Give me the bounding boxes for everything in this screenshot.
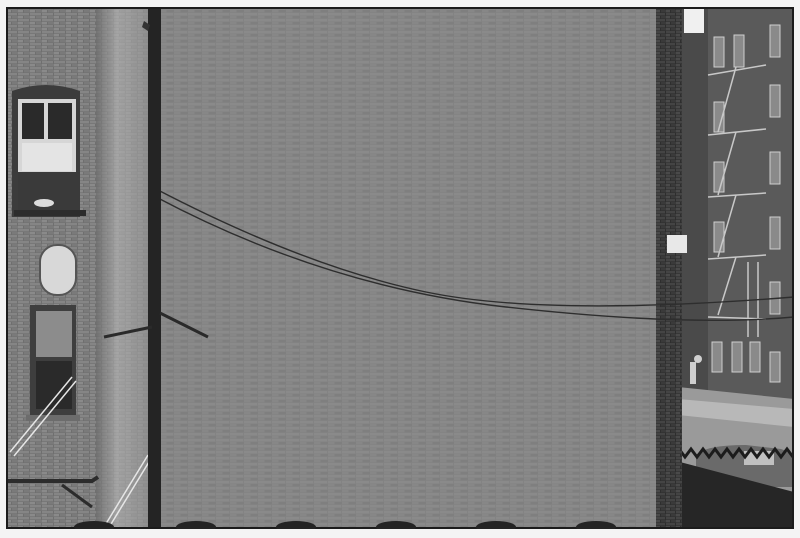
- sky-patch: [684, 7, 704, 33]
- left-building-window-with-curtains: [12, 85, 86, 217]
- dark-brick-column: [656, 7, 682, 529]
- oval-light-fixture: [40, 245, 76, 295]
- photo-scene: [6, 7, 794, 529]
- lower-left-window: [26, 305, 80, 421]
- photograph: [6, 7, 794, 529]
- white-sign: [667, 235, 687, 253]
